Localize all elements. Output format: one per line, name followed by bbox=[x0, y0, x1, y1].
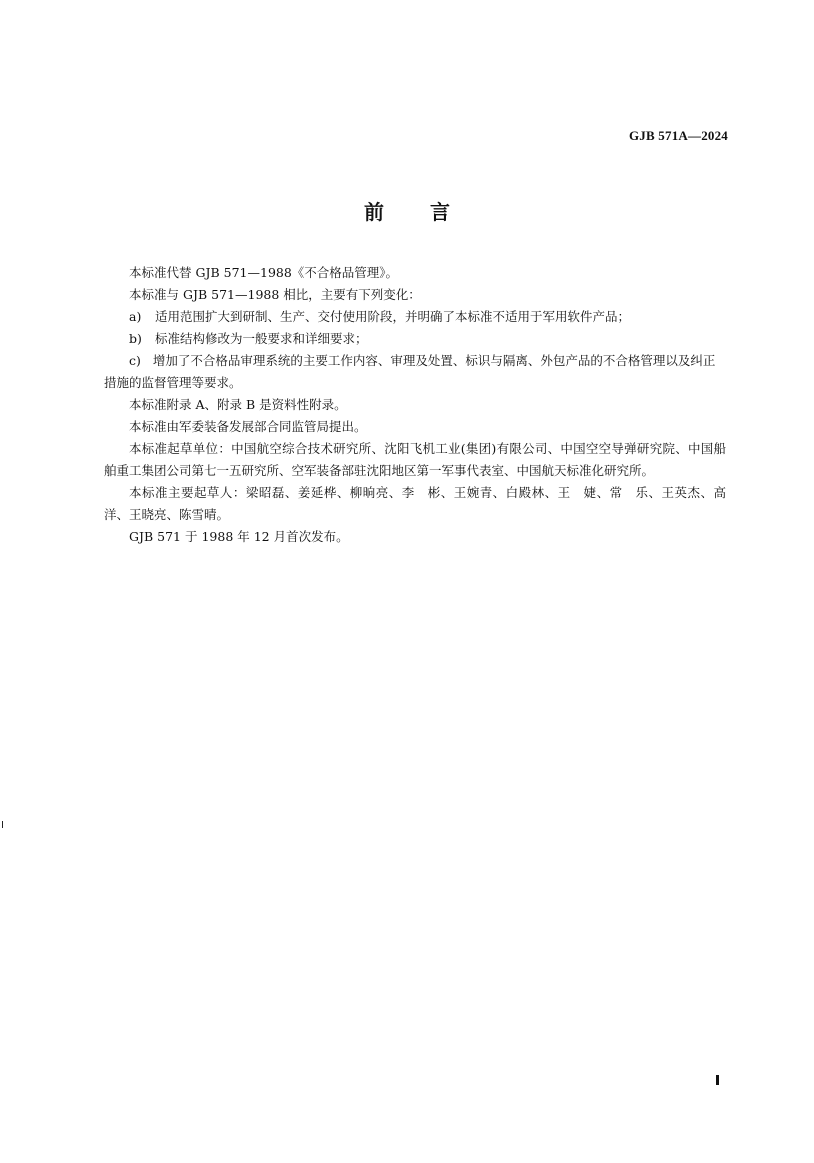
list-text: 增加了不合格品审理系统的主要工作内容、审理及处置、标识与隔离、外包产品的不合格管… bbox=[104, 353, 715, 390]
paragraph-replaces: 本标准代替 GJB 571—1988《不合格品管理》。 bbox=[104, 262, 726, 284]
list-item-a: a) 适用范围扩大到研制、生产、交付使用阶段，并明确了本标准不适用于军用软件产品… bbox=[104, 306, 726, 328]
document-code: GJB 571A—2024 bbox=[629, 128, 728, 144]
paragraph-changes-intro: 本标准与 GJB 571—1988 相比，主要有下列变化： bbox=[104, 284, 726, 306]
paragraph-proposer: 本标准由军委装备发展部合同监管局提出。 bbox=[104, 416, 726, 438]
title-part-2: 言 bbox=[430, 196, 450, 225]
list-item-b: b) 标准结构修改为一般要求和详细要求； bbox=[104, 328, 726, 350]
list-label: c) bbox=[129, 353, 141, 368]
list-text: 标准结构修改为一般要求和详细要求； bbox=[155, 328, 368, 350]
list-label: b) bbox=[129, 328, 155, 350]
paragraph-drafters: 本标准主要起草人：梁昭磊、姜延桦、柳晌亮、李 彬、王婉青、白殿林、王 婕、常 乐… bbox=[104, 482, 726, 526]
paragraph-first-published: GJB 571 于 1988 年 12 月首次发布。 bbox=[104, 526, 726, 548]
list-text: 适用范围扩大到研制、生产、交付使用阶段，并明确了本标准不适用于军用软件产品； bbox=[155, 306, 630, 328]
page-title: 前言 bbox=[0, 196, 814, 225]
title-part-1: 前 bbox=[364, 196, 384, 225]
list-label: a) bbox=[129, 306, 155, 328]
foreword-body: 本标准代替 GJB 571—1988《不合格品管理》。 本标准与 GJB 571… bbox=[104, 262, 726, 548]
list-item-c: c) 增加了不合格品审理系统的主要工作内容、审理及处置、标识与隔离、外包产品的不… bbox=[104, 350, 726, 394]
paragraph-appendix: 本标准附录 A、附录 B 是资料性附录。 bbox=[104, 394, 726, 416]
paragraph-drafting-units: 本标准起草单位：中国航空综合技术研究所、沈阳飞机工业(集团)有限公司、中国空空导… bbox=[104, 438, 726, 482]
margin-mark bbox=[2, 821, 3, 828]
page-number bbox=[716, 1075, 719, 1085]
